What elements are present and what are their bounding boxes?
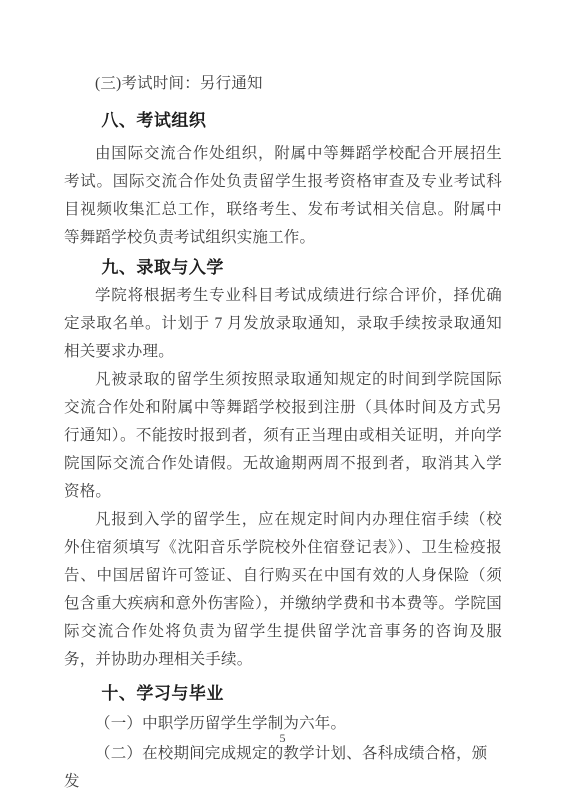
section-heading-study-graduation: 十、学习与毕业 (64, 680, 502, 708)
document-page: (三)考试时间：另行通知 八、考试组织 由国际交流合作处组织，附属中等舞蹈学校配… (0, 0, 565, 800)
section-heading-admission-enrollment: 九、录取与入学 (64, 254, 502, 282)
exam-time-line: (三)考试时间：另行通知 (64, 70, 502, 98)
paragraph-exam-organization: 由国际交流合作处组织，附属中等舞蹈学校配合开展招生考试。国际交流合作处负责留学生… (64, 140, 502, 252)
paragraph-registration: 凡被录取的留学生须按照录取通知规定的时间到学院国际交流合作处和附属中等舞蹈学校报… (64, 366, 502, 506)
paragraph-admission-notice: 学院将根据考生专业科目考试成绩进行综合评价，择优确定录取名单。计划于 7 月发放… (64, 282, 502, 366)
page-number: 5 (0, 730, 565, 746)
paragraph-enrollment-procedures: 凡报到入学的留学生，应在规定时间内办理住宿手续（校外住宿须填写《沈阳音乐学院校外… (64, 506, 502, 674)
section-heading-exam-organization: 八、考试组织 (64, 107, 502, 135)
list-item-graduation-requirement: （二）在校期间完成规定的教学计划、各科成绩合格，颁发 (64, 740, 502, 796)
